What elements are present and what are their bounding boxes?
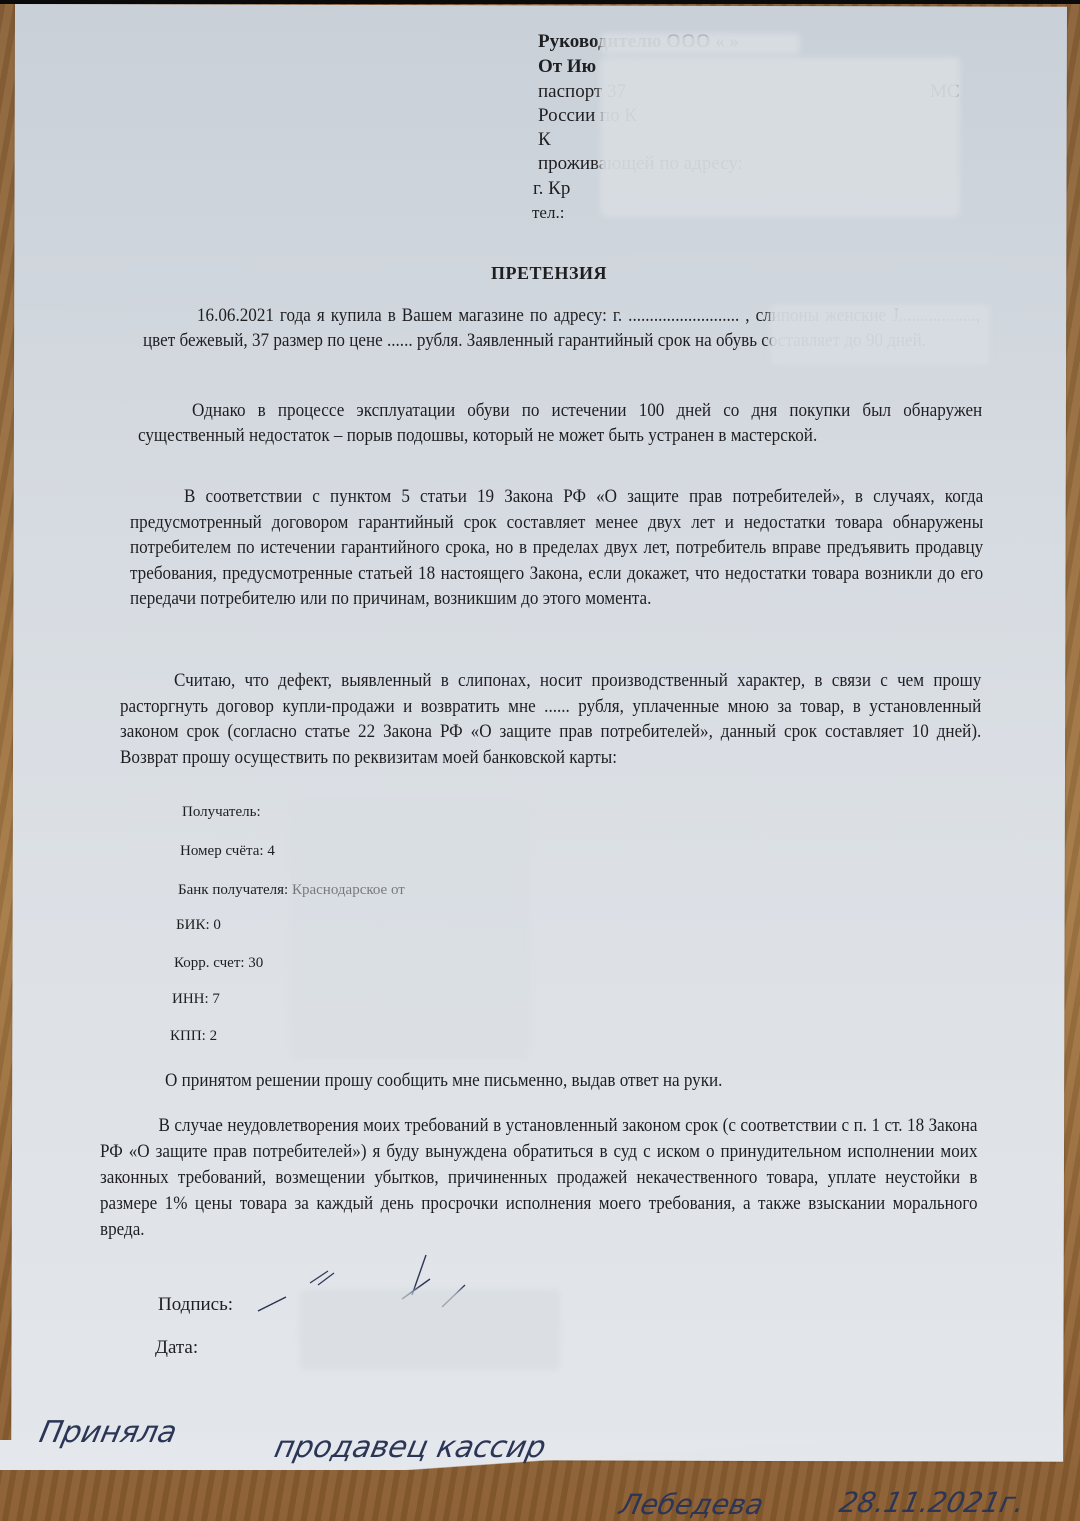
bank-detail-row: Получатель:: [182, 804, 261, 821]
redacted-area: [300, 1290, 560, 1370]
issuer-line-2: К: [538, 128, 551, 152]
bank-detail-row: Номер счёта: 4: [180, 843, 275, 860]
paragraph-defect: Однако в процессе эксплуатации обуви по …: [138, 398, 982, 448]
city-line: г. Кр: [533, 177, 570, 201]
law-text: В соответствии с пунктом 5 статьи 19 Зак…: [130, 486, 983, 609]
recipient-label: Получатель:: [182, 804, 261, 820]
paragraph-court-warning: В случае неудовлетворения моих требовани…: [100, 1113, 978, 1243]
response-request-text: О принятом решении прошу сообщить мне пи…: [165, 1070, 722, 1091]
inn-value: 7: [212, 991, 220, 1007]
kpp-label: КПП:: [170, 1028, 206, 1044]
handwritten-name: Лебедева: [616, 1488, 766, 1521]
redacted-area: [600, 57, 960, 217]
paragraph-response-request: О принятом решении прошу сообщить мне пи…: [165, 1068, 975, 1093]
defect-text: Однако в процессе эксплуатации обуви по …: [138, 400, 982, 446]
kpp-value: 2: [210, 1028, 218, 1044]
handwritten-accepted: Приняла: [36, 1415, 180, 1450]
inn-label: ИНН:: [172, 991, 209, 1007]
bank-detail-row: Корр. счет: 30: [174, 955, 263, 972]
document-title: ПРЕТЕНЗИЯ: [491, 263, 607, 284]
paragraph-law: В соответствии с пунктом 5 статьи 19 Зак…: [130, 484, 983, 612]
corr-account-value: 30: [248, 955, 263, 971]
court-warning-text: В случае неудовлетворения моих требовани…: [100, 1115, 978, 1240]
redacted-area: [770, 305, 990, 365]
redacted-area: [290, 800, 530, 1060]
account-value: 4: [267, 843, 275, 859]
bank-detail-row: ИНН: 7: [172, 991, 220, 1008]
sender-line: От Ию: [538, 55, 596, 79]
date-label: Дата:: [155, 1337, 198, 1359]
handwritten-date: 28.11.2021г.: [836, 1486, 1027, 1519]
bik-value: 0: [213, 917, 221, 933]
handwritten-seller-cashier: продавец кассир: [271, 1430, 549, 1465]
paragraph-demand: Считаю, что дефект, выявленный в слипона…: [120, 668, 981, 770]
bank-label: Банк получателя:: [178, 882, 288, 898]
bik-label: БИК:: [176, 917, 210, 933]
demand-text: Считаю, что дефект, выявленный в слипона…: [120, 670, 981, 768]
redacted-area: [600, 33, 800, 55]
corr-account-label: Корр. счет:: [174, 955, 245, 971]
phone-label: тел.:: [532, 201, 564, 225]
account-label: Номер счёта:: [180, 843, 264, 859]
bank-detail-row: КПП: 2: [170, 1028, 217, 1045]
signature-label: Подпись:: [158, 1294, 233, 1316]
bank-detail-row: БИК: 0: [176, 917, 221, 934]
